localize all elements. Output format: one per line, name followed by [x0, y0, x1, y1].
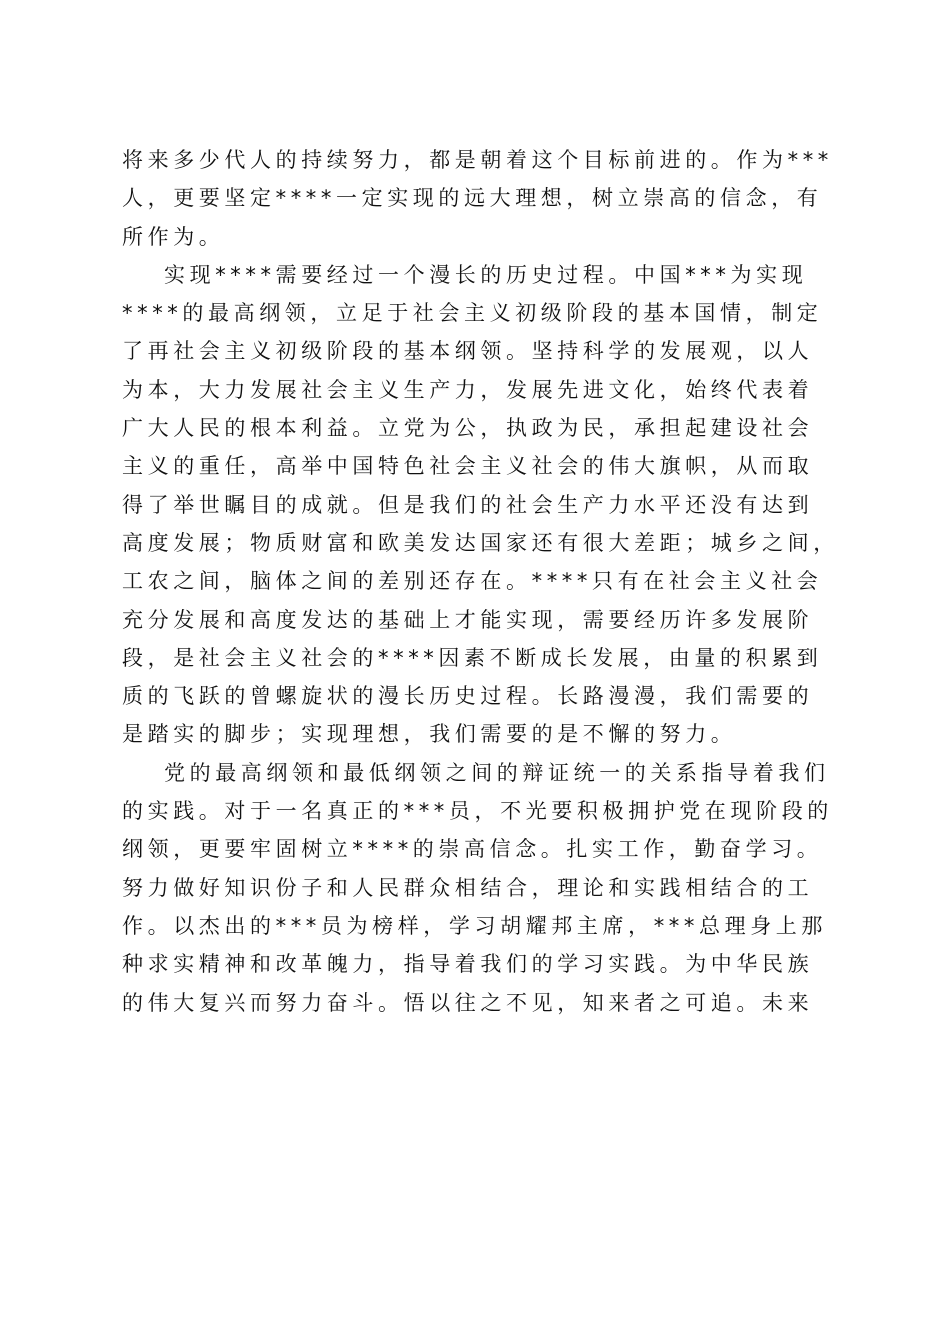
text-line: 为本，大力发展社会主义生产力，发展先进文化，始终代表着 — [122, 371, 828, 409]
text-line: 充分发展和高度发达的基础上才能实现，需要经历许多发展阶 — [122, 601, 828, 639]
text-line: 了再社会主义初级阶段的基本纲领。坚持科学的发展观，以人 — [122, 332, 828, 370]
text-line: 质的飞跃的曾螺旋状的漫长历史过程。长路漫漫，我们需要的 — [122, 677, 828, 715]
text-line: 工农之间，脑体之间的差别还存在。****只有在社会主义社会 — [122, 562, 828, 600]
text-line: 的实践。对于一名真正的***员，不光要积极拥护党在现阶段的 — [122, 792, 828, 830]
text-line: 将来多少代人的持续努力，都是朝着这个目标前进的。作为*** — [122, 141, 828, 179]
text-line: 党的最高纲领和最低纲领之间的辩证统一的关系指导着我们 — [122, 754, 828, 792]
text-line: ****的最高纲领，立足于社会主义初级阶段的基本国情，制定 — [122, 294, 828, 332]
text-line: 努力做好知识份子和人民群众相结合，理论和实践相结合的工 — [122, 869, 828, 907]
paragraph-1: 将来多少代人的持续努力，都是朝着这个目标前进的。作为*** 人，更要坚定****… — [122, 141, 828, 256]
text-line: 作。以杰出的***员为榜样，学习胡耀邦主席，***总理身上那 — [122, 907, 828, 945]
text-line: 人，更要坚定****一定实现的远大理想，树立崇高的信念，有 — [122, 179, 828, 217]
text-line: 实现****需要经过一个漫长的历史过程。中国***为实现 — [122, 256, 828, 294]
text-line: 种求实精神和改革魄力，指导着我们的学习实践。为中华民族 — [122, 945, 828, 983]
paragraph-2: 实现****需要经过一个漫长的历史过程。中国***为实现 ****的最高纲领，立… — [122, 256, 828, 754]
text-line: 高度发展；物质财富和欧美发达国家还有很大差距；城乡之间， — [122, 524, 828, 562]
paragraph-3: 党的最高纲领和最低纲领之间的辩证统一的关系指导着我们 的实践。对于一名真正的**… — [122, 754, 828, 1022]
text-line: 广大人民的根本利益。立党为公，执政为民，承担起建设社会 — [122, 409, 828, 447]
text-line: 纲领，更要牢固树立****的崇高信念。扎实工作，勤奋学习。 — [122, 830, 828, 868]
text-line: 得了举世瞩目的成就。但是我们的社会生产力水平还没有达到 — [122, 486, 828, 524]
document-page: 将来多少代人的持续努力，都是朝着这个目标前进的。作为*** 人，更要坚定****… — [122, 141, 828, 1022]
text-line: 是踏实的脚步；实现理想，我们需要的是不懈的努力。 — [122, 715, 828, 753]
text-line: 的伟大复兴而努力奋斗。悟以往之不见，知来者之可追。未来 — [122, 984, 828, 1022]
text-line: 主义的重任，高举中国特色社会主义社会的伟大旗帜，从而取 — [122, 447, 828, 485]
text-line: 所作为。 — [122, 218, 828, 256]
text-line: 段，是社会主义社会的****因素不断成长发展，由量的积累到 — [122, 639, 828, 677]
